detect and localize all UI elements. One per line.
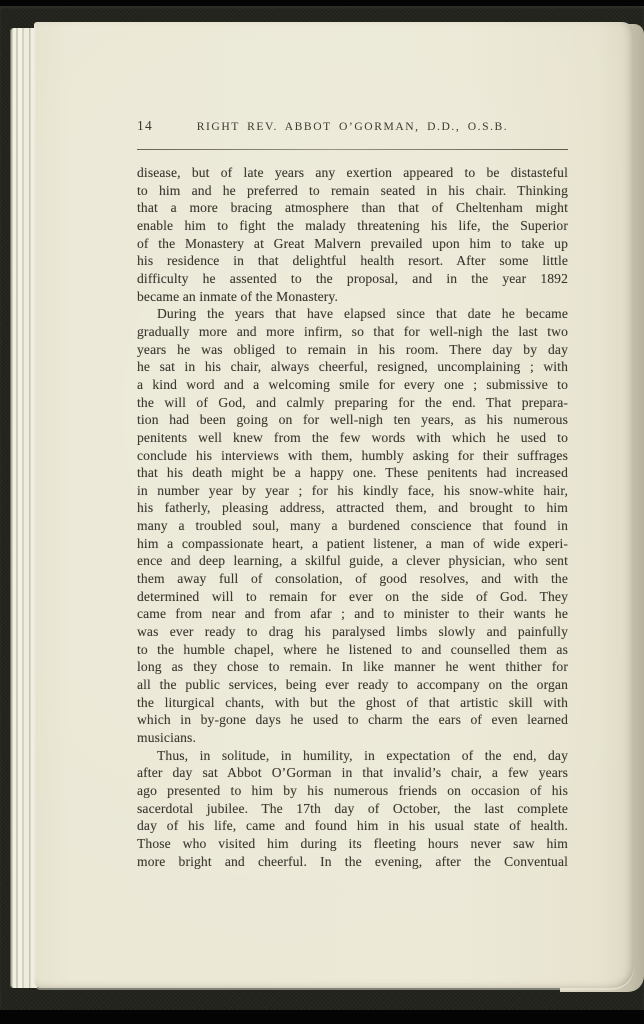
text-line: that his death might be a happy one. The…	[137, 464, 568, 482]
text-line: tion had been going on for well-nigh ten…	[137, 411, 568, 429]
text-line: of the Monastery at Great Malvern prevai…	[137, 235, 568, 253]
text-line: penitents well knew from the few words w…	[137, 429, 568, 447]
text-line: his residence in that delightful health …	[137, 252, 568, 270]
text-line: to him and he preferred to remain seated…	[137, 182, 568, 200]
text-line: Those who visited him during its fleetin…	[137, 835, 568, 853]
text-line: came from near and from afar ; and to mi…	[137, 605, 568, 623]
text-line: in number year by year ; for his kindly …	[137, 482, 568, 500]
text-line: to the humble chapel, where he listened …	[137, 641, 568, 659]
text-line: he sat in his chair, always cheerful, re…	[137, 358, 568, 376]
text-line: ence and deep learning, a skilful guide,…	[137, 552, 568, 570]
text-line: his fatherly, pleasing address, attracte…	[137, 499, 568, 517]
text-line: the will of God, and calmly preparing fo…	[137, 394, 568, 412]
text-line: all the public services, being ever read…	[137, 676, 568, 694]
text-line: ago presented to him by his numerous fri…	[137, 782, 568, 800]
text-line: the liturgical chants, with but the ghos…	[137, 694, 568, 712]
text-line: them away full of consolation, of good r…	[137, 570, 568, 588]
header-rule	[137, 149, 568, 150]
text-line: after day sat Abbot O’Gorman in that inv…	[137, 764, 568, 782]
page-body: disease, but of late years any exertion …	[137, 164, 568, 870]
text-line: Thus, in solitude, in humility, in expec…	[137, 747, 568, 765]
text-line: sacerdotal jubilee. The 17th day of Octo…	[137, 800, 568, 818]
book-page: 14 RIGHT REV. ABBOT O’GORMAN, D.D., O.S.…	[34, 22, 634, 988]
text-line: enable him to fight the malady threateni…	[137, 217, 568, 235]
text-line: which in by-gone days he used to charm t…	[137, 711, 568, 729]
text-line: became an inmate of the Monastery.	[137, 288, 568, 306]
text-line: more bright and cheerful. In the evening…	[137, 853, 568, 871]
text-line: long as they chose to remain. In like ma…	[137, 658, 568, 676]
text-line: was ever ready to drag his paralysed lim…	[137, 623, 568, 641]
text-line: difficulty he assented to the proposal, …	[137, 270, 568, 288]
text-line: that a more bracing atmosphere than that…	[137, 199, 568, 217]
scanned-book-photo: 14 RIGHT REV. ABBOT O’GORMAN, D.D., O.S.…	[0, 0, 644, 1024]
running-title: RIGHT REV. ABBOT O’GORMAN, D.D., O.S.B.	[137, 120, 568, 133]
text-line: day of his life, came and found him in h…	[137, 817, 568, 835]
text-line: him a compassionate heart, a patient lis…	[137, 535, 568, 553]
text-line: years he was obliged to remain in his ro…	[137, 341, 568, 359]
text-line: During the years that have elapsed since…	[137, 305, 568, 323]
text-line: disease, but of late years any exertion …	[137, 164, 568, 182]
text-line: conclude his interviews with them, humbl…	[137, 447, 568, 465]
text-line: a kind word and a welcoming smile for ev…	[137, 376, 568, 394]
text-line: musicians.	[137, 729, 568, 747]
text-line: determined will to remain for ever on th…	[137, 588, 568, 606]
text-line: gradually more and more infirm, so that …	[137, 323, 568, 341]
text-line: many a troubled soul, many a burdened co…	[137, 517, 568, 535]
